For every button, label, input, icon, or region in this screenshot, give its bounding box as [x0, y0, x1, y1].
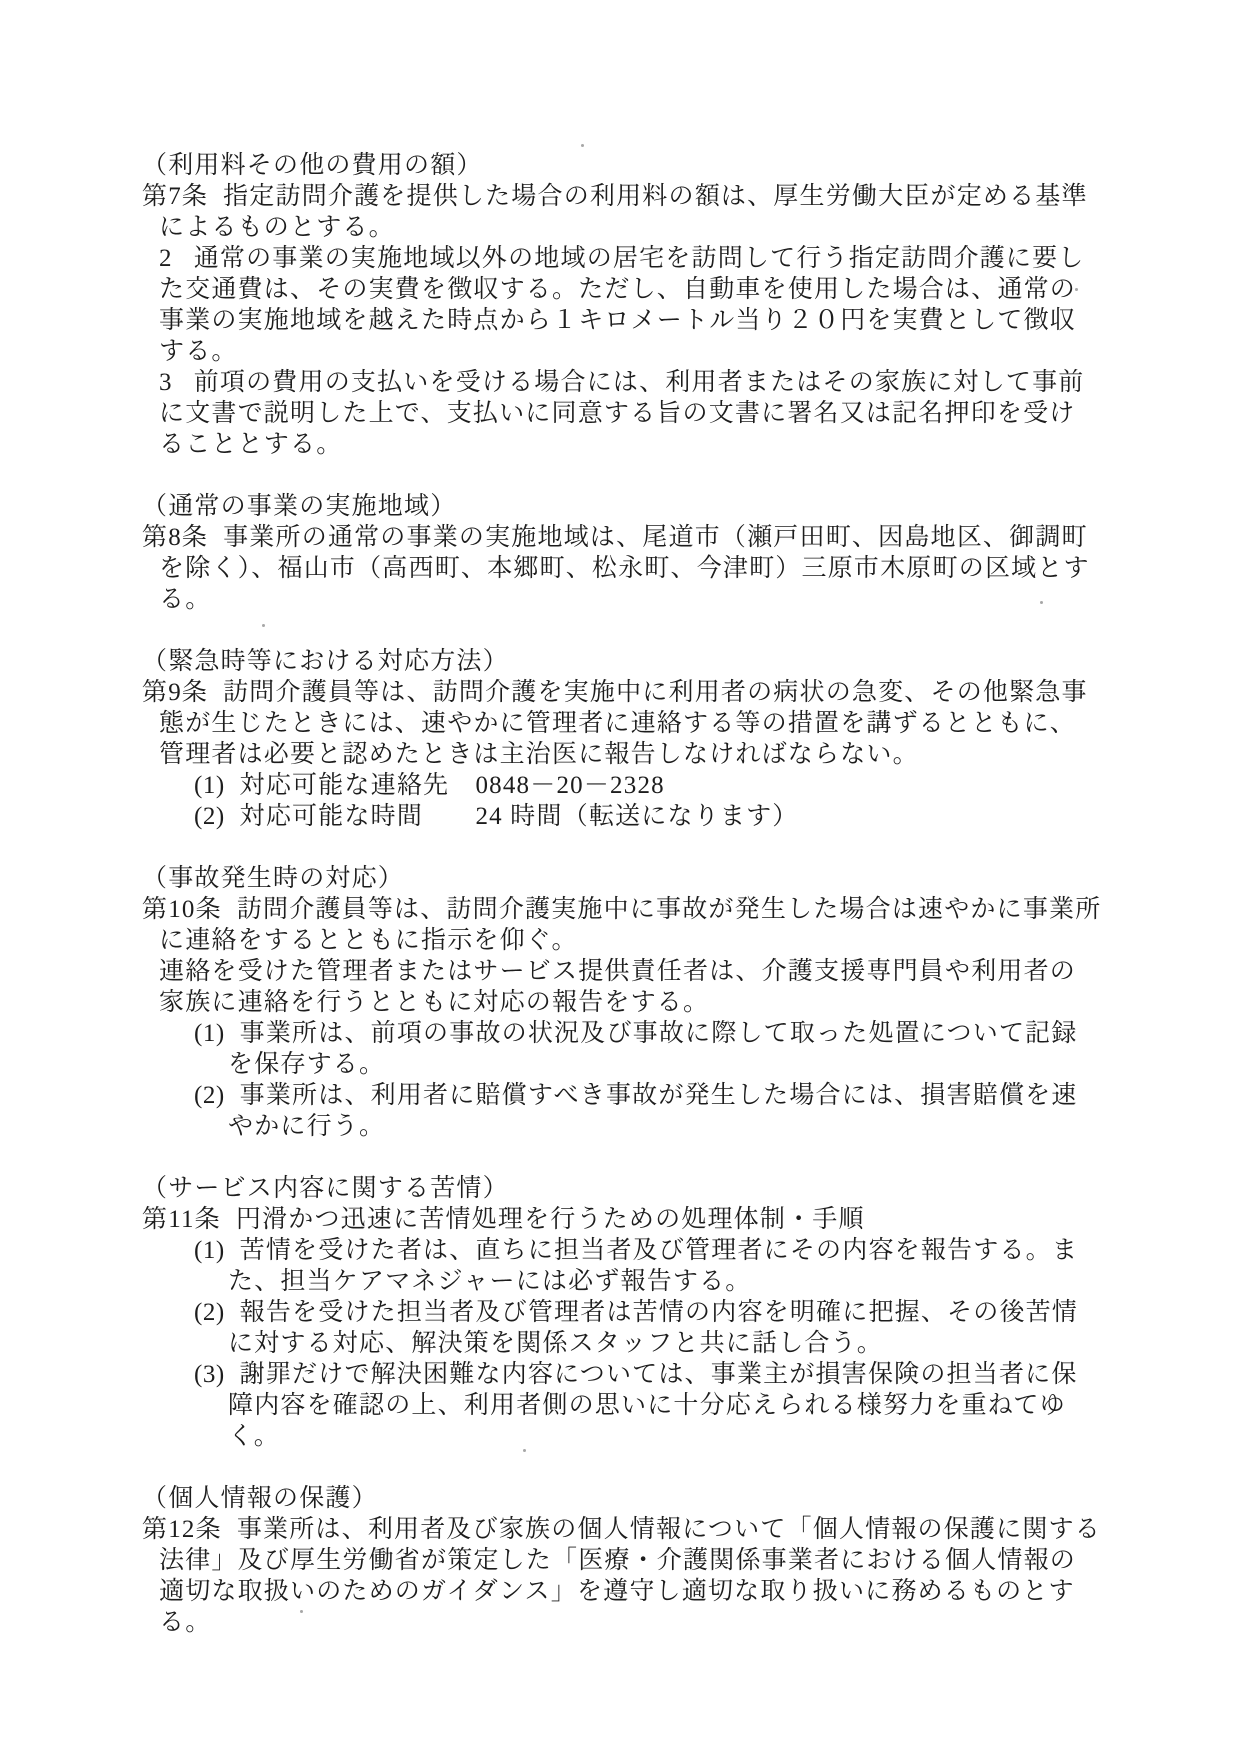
- item-number: 3: [159, 369, 173, 396]
- section-emergency: （緊急時等における対応方法） 第9条訪問介護員等は、訪問介護を実施中に利用者の病…: [142, 646, 1152, 832]
- section-heading: （サービス内容に関する苦情）: [142, 1173, 1152, 1204]
- clause-number: 第11条: [142, 1206, 221, 1233]
- paragraph-text: 訪問介護員等は、訪問介護実施中に事故が発生した場合は速やかに事業所: [237, 896, 1102, 923]
- section-service-area: （通常の事業の実施地域） 第8条事業所の通常の事業の実施地域は、尾道市（瀬戸田町…: [142, 491, 1152, 615]
- section-heading: （事故発生時の対応）: [142, 863, 1152, 894]
- clause-number: 第12条: [142, 1516, 222, 1543]
- paragraph-line: 障内容を確認の上、利用者側の思いに十分応えられる様努力を重ねてゆ: [142, 1390, 1152, 1421]
- paragraph-line: 法律」及び厚生労働省が策定した「医療・介護関係事業者における個人情報の: [142, 1545, 1152, 1576]
- paragraph-line: (2)事業所は、利用者に賠償すべき事故が発生した場合には、損害賠償を速: [142, 1080, 1152, 1111]
- section-heading: （通常の事業の実施地域）: [142, 491, 1152, 522]
- paragraph-line: ることとする。: [142, 429, 1152, 460]
- sub-item-number: (1): [194, 1237, 225, 1264]
- paragraph-line: 態が生じたときには、速やかに管理者に連絡する等の措置を講ずるとともに、: [142, 708, 1152, 739]
- sub-item-number: (1): [194, 1020, 225, 1047]
- clause-number: 第8条: [142, 524, 208, 551]
- plain-paragraph: 連絡を受けた管理者またはサービス提供責任者は、介護支援専門員や利用者の 家族に連…: [142, 956, 1152, 1018]
- paragraph-line: を除く）、福山市（高西町、本郷町、松永町、今津町）三原市木原町の区域とす: [142, 553, 1152, 584]
- paragraph-line: 管理者は必要と認めたときは主治医に報告しなければならない。: [142, 739, 1152, 770]
- clause-number: 第7条: [142, 183, 208, 210]
- paragraph-text: 事業所の通常の事業の実施地域は、尾道市（瀬戸田町、因島地区、御調町: [223, 524, 1088, 551]
- paragraph-line: る。: [142, 1607, 1152, 1638]
- paragraph-text: 事業所は、利用者及び家族の個人情報について「個人情報の保護に関する: [237, 1516, 1101, 1543]
- paragraph-line: に対する対応、解決策を関係スタッフと共に話し合う。: [142, 1328, 1152, 1359]
- paragraph-text: 報告を受けた担当者及び管理者は苦情の内容を明確に把握、その後苦情: [240, 1299, 1078, 1326]
- section-privacy: （個人情報の保護） 第12条事業所は、利用者及び家族の個人情報について「個人情報…: [142, 1483, 1152, 1638]
- paragraph-line: を保存する。: [142, 1049, 1152, 1080]
- paragraph-line: に文書で説明した上で、支払いに同意する旨の文書に署名又は記名押印を受け: [142, 398, 1152, 429]
- section-heading: （個人情報の保護）: [142, 1483, 1152, 1514]
- article-paragraph: 第9条訪問介護員等は、訪問介護を実施中に利用者の病状の急変、その他緊急事 態が生…: [142, 677, 1152, 770]
- scan-artifact-dot: [581, 144, 584, 147]
- paragraph-line: (1)苦情を受けた者は、直ちに担当者及び管理者にその内容を報告する。ま: [142, 1235, 1152, 1266]
- paragraph-line: (1)対応可能な連絡先 0848－20－2328: [142, 770, 1152, 801]
- paragraph-line: に連絡をするとともに指示を仰ぐ。: [142, 925, 1152, 956]
- paragraph-text: 事業所は、利用者に賠償すべき事故が発生した場合には、損害賠償を速: [240, 1082, 1078, 1109]
- clause-number: 第9条: [142, 679, 208, 706]
- section-heading: （緊急時等における対応方法）: [142, 646, 1152, 677]
- paragraph-text: 苦情を受けた者は、直ちに担当者及び管理者にその内容を報告する。ま: [240, 1237, 1078, 1264]
- sub-item: (1)事業所は、前項の事故の状況及び事故に際して取った処置について記録 を保存す…: [142, 1018, 1152, 1080]
- emergency-contact-phone: 対応可能な連絡先 0848－20－2328: [240, 772, 665, 799]
- section-fees: （利用料その他の費用の額） 第7条指定訪問介護を提供した場合の利用料の額は、厚生…: [142, 150, 1152, 460]
- paragraph-line: 第10条訪問介護員等は、訪問介護実施中に事故が発生した場合は速やかに事業所: [142, 894, 1152, 925]
- document-page: （利用料その他の費用の額） 第7条指定訪問介護を提供した場合の利用料の額は、厚生…: [0, 0, 1242, 1755]
- section-heading: （利用料その他の費用の額）: [142, 150, 1152, 181]
- sub-item-number: (2): [194, 1299, 225, 1326]
- sub-item-number: (2): [194, 1082, 225, 1109]
- paragraph-line: (1)事業所は、前項の事故の状況及び事故に際して取った処置について記録: [142, 1018, 1152, 1049]
- paragraph-line: 適切な取扱いのためのガイダンス」を遵守し適切な取り扱いに務めるものとす: [142, 1576, 1152, 1607]
- sub-item-number: (3): [194, 1361, 225, 1388]
- paragraph-text: 事業所は、前項の事故の状況及び事故に際して取った処置について記録: [240, 1020, 1078, 1047]
- paragraph-text: 謝罪だけで解決困難な内容については、事業主が損害保険の担当者に保: [240, 1361, 1078, 1388]
- clause-number: 第10条: [142, 896, 222, 923]
- paragraph-text: 通常の事業の実施地域以外の地域の居宅を訪問して行う指定訪問介護に要し: [194, 245, 1085, 272]
- paragraph-line: 第7条指定訪問介護を提供した場合の利用料の額は、厚生労働大臣が定める基準: [142, 181, 1152, 212]
- article-paragraph: 第10条訪問介護員等は、訪問介護実施中に事故が発生した場合は速やかに事業所 に連…: [142, 894, 1152, 956]
- section-complaints: （サービス内容に関する苦情） 第11条円滑かつ迅速に苦情処理を行うための処理体制…: [142, 1173, 1152, 1452]
- article-paragraph: 第8条事業所の通常の事業の実施地域は、尾道市（瀬戸田町、因島地区、御調町 を除く…: [142, 522, 1152, 615]
- sub-item: (2)事業所は、利用者に賠償すべき事故が発生した場合には、損害賠償を速 やかに行…: [142, 1080, 1152, 1142]
- paragraph-line: 第9条訪問介護員等は、訪問介護を実施中に利用者の病状の急変、その他緊急事: [142, 677, 1152, 708]
- paragraph-line: する。: [142, 336, 1152, 367]
- paragraph-line: く。: [142, 1421, 1152, 1452]
- sub-item: (1)対応可能な連絡先 0848－20－2328: [142, 770, 1152, 801]
- paragraph-line: 3前項の費用の支払いを受ける場合には、利用者またはその家族に対して事前: [142, 367, 1152, 398]
- paragraph-line: 第12条事業所は、利用者及び家族の個人情報について「個人情報の保護に関する: [142, 1514, 1152, 1545]
- paragraph-line: 事業の実施地域を越えた時点から１キロメートル当り２０円を実費として徴収: [142, 305, 1152, 336]
- article-paragraph: 第11条円滑かつ迅速に苦情処理を行うための処理体制・手順: [142, 1204, 1152, 1235]
- section-accident: （事故発生時の対応） 第10条訪問介護員等は、訪問介護実施中に事故が発生した場合…: [142, 863, 1152, 1142]
- sub-item: (2)対応可能な時間 24 時間（転送になります）: [142, 801, 1152, 832]
- emergency-contact-hours: 対応可能な時間 24 時間（転送になります）: [240, 803, 799, 830]
- paragraph-line: によるものとする。: [142, 212, 1152, 243]
- sub-item: (1)苦情を受けた者は、直ちに担当者及び管理者にその内容を報告する。ま た、担当…: [142, 1235, 1152, 1297]
- sub-item: (3)謝罪だけで解決困難な内容については、事業主が損害保険の担当者に保 障内容を…: [142, 1359, 1152, 1452]
- numbered-paragraph: 2通常の事業の実施地域以外の地域の居宅を訪問して行う指定訪問介護に要し た交通費…: [142, 243, 1152, 367]
- paragraph-line: 家族に連絡を行うとともに対応の報告をする。: [142, 987, 1152, 1018]
- paragraph-text: 指定訪問介護を提供した場合の利用料の額は、厚生労働大臣が定める基準: [223, 183, 1088, 210]
- paragraph-line: た、担当ケアマネジャーには必ず報告する。: [142, 1266, 1152, 1297]
- paragraph-line: (2)対応可能な時間 24 時間（転送になります）: [142, 801, 1152, 832]
- sub-item: (2)報告を受けた担当者及び管理者は苦情の内容を明確に把握、その後苦情 に対する…: [142, 1297, 1152, 1359]
- article-paragraph: 第7条指定訪問介護を提供した場合の利用料の額は、厚生労働大臣が定める基準 による…: [142, 181, 1152, 243]
- paragraph-line: 第8条事業所の通常の事業の実施地域は、尾道市（瀬戸田町、因島地区、御調町: [142, 522, 1152, 553]
- paragraph-line: た交通費は、その実費を徴収する。ただし、自動車を使用した場合は、通常の: [142, 274, 1152, 305]
- paragraph-line: 第11条円滑かつ迅速に苦情処理を行うための処理体制・手順: [142, 1204, 1152, 1235]
- paragraph-line: 連絡を受けた管理者またはサービス提供責任者は、介護支援専門員や利用者の: [142, 956, 1152, 987]
- paragraph-text: 訪問介護員等は、訪問介護を実施中に利用者の病状の急変、その他緊急事: [223, 679, 1088, 706]
- paragraph-line: る。: [142, 584, 1152, 615]
- paragraph-line: (2)報告を受けた担当者及び管理者は苦情の内容を明確に把握、その後苦情: [142, 1297, 1152, 1328]
- paragraph-line: やかに行う。: [142, 1111, 1152, 1142]
- document-text: （利用料その他の費用の額） 第7条指定訪問介護を提供した場合の利用料の額は、厚生…: [142, 150, 1152, 1638]
- sub-item-number: (1): [194, 772, 225, 799]
- numbered-paragraph: 3前項の費用の支払いを受ける場合には、利用者またはその家族に対して事前 に文書で…: [142, 367, 1152, 460]
- paragraph-text: 前項の費用の支払いを受ける場合には、利用者またはその家族に対して事前: [194, 369, 1085, 396]
- paragraph-line: 2通常の事業の実施地域以外の地域の居宅を訪問して行う指定訪問介護に要し: [142, 243, 1152, 274]
- item-number: 2: [159, 245, 173, 272]
- sub-item-number: (2): [194, 803, 225, 830]
- paragraph-text: 円滑かつ迅速に苦情処理を行うための処理体制・手順: [236, 1206, 865, 1233]
- article-paragraph: 第12条事業所は、利用者及び家族の個人情報について「個人情報の保護に関する 法律…: [142, 1514, 1152, 1638]
- paragraph-line: (3)謝罪だけで解決困難な内容については、事業主が損害保険の担当者に保: [142, 1359, 1152, 1390]
